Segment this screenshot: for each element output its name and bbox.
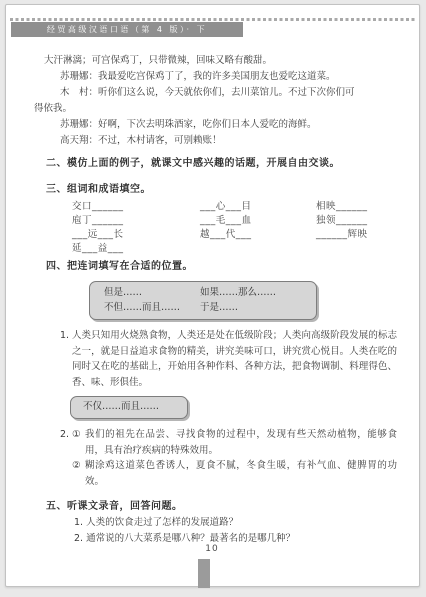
connector-option: 如果……那么…… <box>200 285 316 300</box>
page-number: 10 <box>192 544 232 554</box>
connector-box-1: 但是…… 如果……那么…… 不但……而且…… 于是…… <box>89 281 317 320</box>
item-text: 人类只知用火烧熟食物，人类还是处在低级阶段；人类向高级阶段发展的标志之一，就是日… <box>72 328 397 390</box>
dialogue-line: 苏珊娜：我最爱吃宫保鸡丁了，我的许多美国朋友也爱吃这道菜。 <box>60 69 397 85</box>
idiom-blank: ___毛___血 <box>200 214 316 228</box>
connector-box-2: 不仅……而且…… <box>70 396 188 419</box>
page-content: 大汗淋漓；可宫保鸡丁，只带微辣，回味又略有酸甜。 苏珊娜：我最爱吃宫保鸡丁了，我… <box>6 53 419 547</box>
idiom-blank: ___远___长 <box>72 228 200 242</box>
listening-questions: 1. 人类的饮食走过了怎样的发展道路？ 2. 通常说的八大菜系是哪八种？最著名的… <box>74 515 397 547</box>
dialogue-block: 大汗淋漓；可宫保鸡丁，只带微辣，回味又略有酸甜。 苏珊娜：我最爱吃宫保鸡丁了，我… <box>34 53 397 149</box>
circled-number: ② <box>72 458 85 489</box>
dialogue-line: 苏珊娜：好啊，下次去明珠酒家，吃你们日本人爱吃的海鲜。 <box>60 117 397 133</box>
idiom-blank: 独领______ <box>316 214 397 228</box>
idiom-blank: ______辉映 <box>316 228 397 242</box>
perforation-dots <box>10 18 415 21</box>
idiom-blank: ___心___目 <box>200 200 316 214</box>
dialogue-line: 高天翔：不过，木村请客，可别赖账！ <box>60 133 397 149</box>
header-bar: 经贸高级汉语口语（第 4 版）· 下 <box>11 22 243 37</box>
idiom-blanks-grid: 交口______ ___心___目 相映______ 庖丁______ ___毛… <box>72 200 397 256</box>
item-number: 2. <box>60 427 72 489</box>
dialogue-line: 得依我。 <box>34 101 397 117</box>
idiom-blank: 交口______ <box>72 200 200 214</box>
sub-item-2: ② 糊涂鸡这道菜色香诱人，夏食不腻，冬食生暖，有补气血、健脾胃的功效。 <box>72 458 397 489</box>
section3-heading: 三、组词和成语填空。 <box>46 182 397 197</box>
idiom-blank: 相映______ <box>316 200 397 214</box>
idiom-blank: 庖丁______ <box>72 214 200 228</box>
dialogue-line: 大汗淋漓；可宫保鸡丁，只带微辣，回味又略有酸甜。 <box>44 53 397 69</box>
exercise-item-1: 1. 人类只知用火烧熟食物，人类还是处在低级阶段；人类向高级阶段发展的标志之一，… <box>60 328 397 390</box>
book-page: 经贸高级汉语口语（第 4 版）· 下 大汗淋漓；可宫保鸡丁，只带微辣，回味又略有… <box>5 4 420 587</box>
idiom-blank: 延___益___ <box>72 242 200 256</box>
book-title: 经贸高级汉语口语（第 4 版）· 下 <box>47 24 207 35</box>
idiom-blank: 越___代___ <box>200 228 316 242</box>
sub-item-1: ① 我们的祖先在品尝、寻找食物的过程中，发现有些天然动植物，能够食用，具有治疗疾… <box>72 427 397 458</box>
item-number: 1. <box>60 328 72 390</box>
item-text: 我们的祖先在品尝、寻找食物的过程中，发现有些天然动植物，能够食用，具有治疗疾病的… <box>85 427 397 458</box>
connector-option: 但是…… <box>104 285 200 300</box>
circled-number: ① <box>72 427 85 458</box>
section2-heading: 二、模仿上面的例子，就课文中感兴趣的话题，开展自由交谈。 <box>46 156 397 171</box>
section4-heading: 四、把连词填写在合适的位置。 <box>46 259 397 274</box>
connector-option: 不但……而且…… <box>104 300 200 315</box>
page-edge-tab <box>198 559 210 588</box>
section5-heading: 五、听课文录音，回答问题。 <box>46 499 397 514</box>
question: 1. 人类的饮食走过了怎样的发展道路？ <box>74 515 397 531</box>
dialogue-line: 木 村：听你们这么说，今天就依你们，去川菜馆儿。不过下次你们可 <box>60 85 397 101</box>
exercise-item-2: 2. ① 我们的祖先在品尝、寻找食物的过程中，发现有些天然动植物，能够食用，具有… <box>60 427 397 489</box>
connector-option: 于是…… <box>200 300 316 315</box>
scanned-textbook-page: { "colors": { "header_bar": "#8f8f8f", "… <box>0 0 426 597</box>
question: 2. 通常说的八大菜系是哪八种？最著名的是哪几种？ <box>74 531 397 547</box>
item-text: 糊涂鸡这道菜色香诱人，夏食不腻，冬食生暖，有补气血、健脾胃的功效。 <box>85 458 397 489</box>
sub-items: ① 我们的祖先在品尝、寻找食物的过程中，发现有些天然动植物，能够食用，具有治疗疾… <box>72 427 397 489</box>
